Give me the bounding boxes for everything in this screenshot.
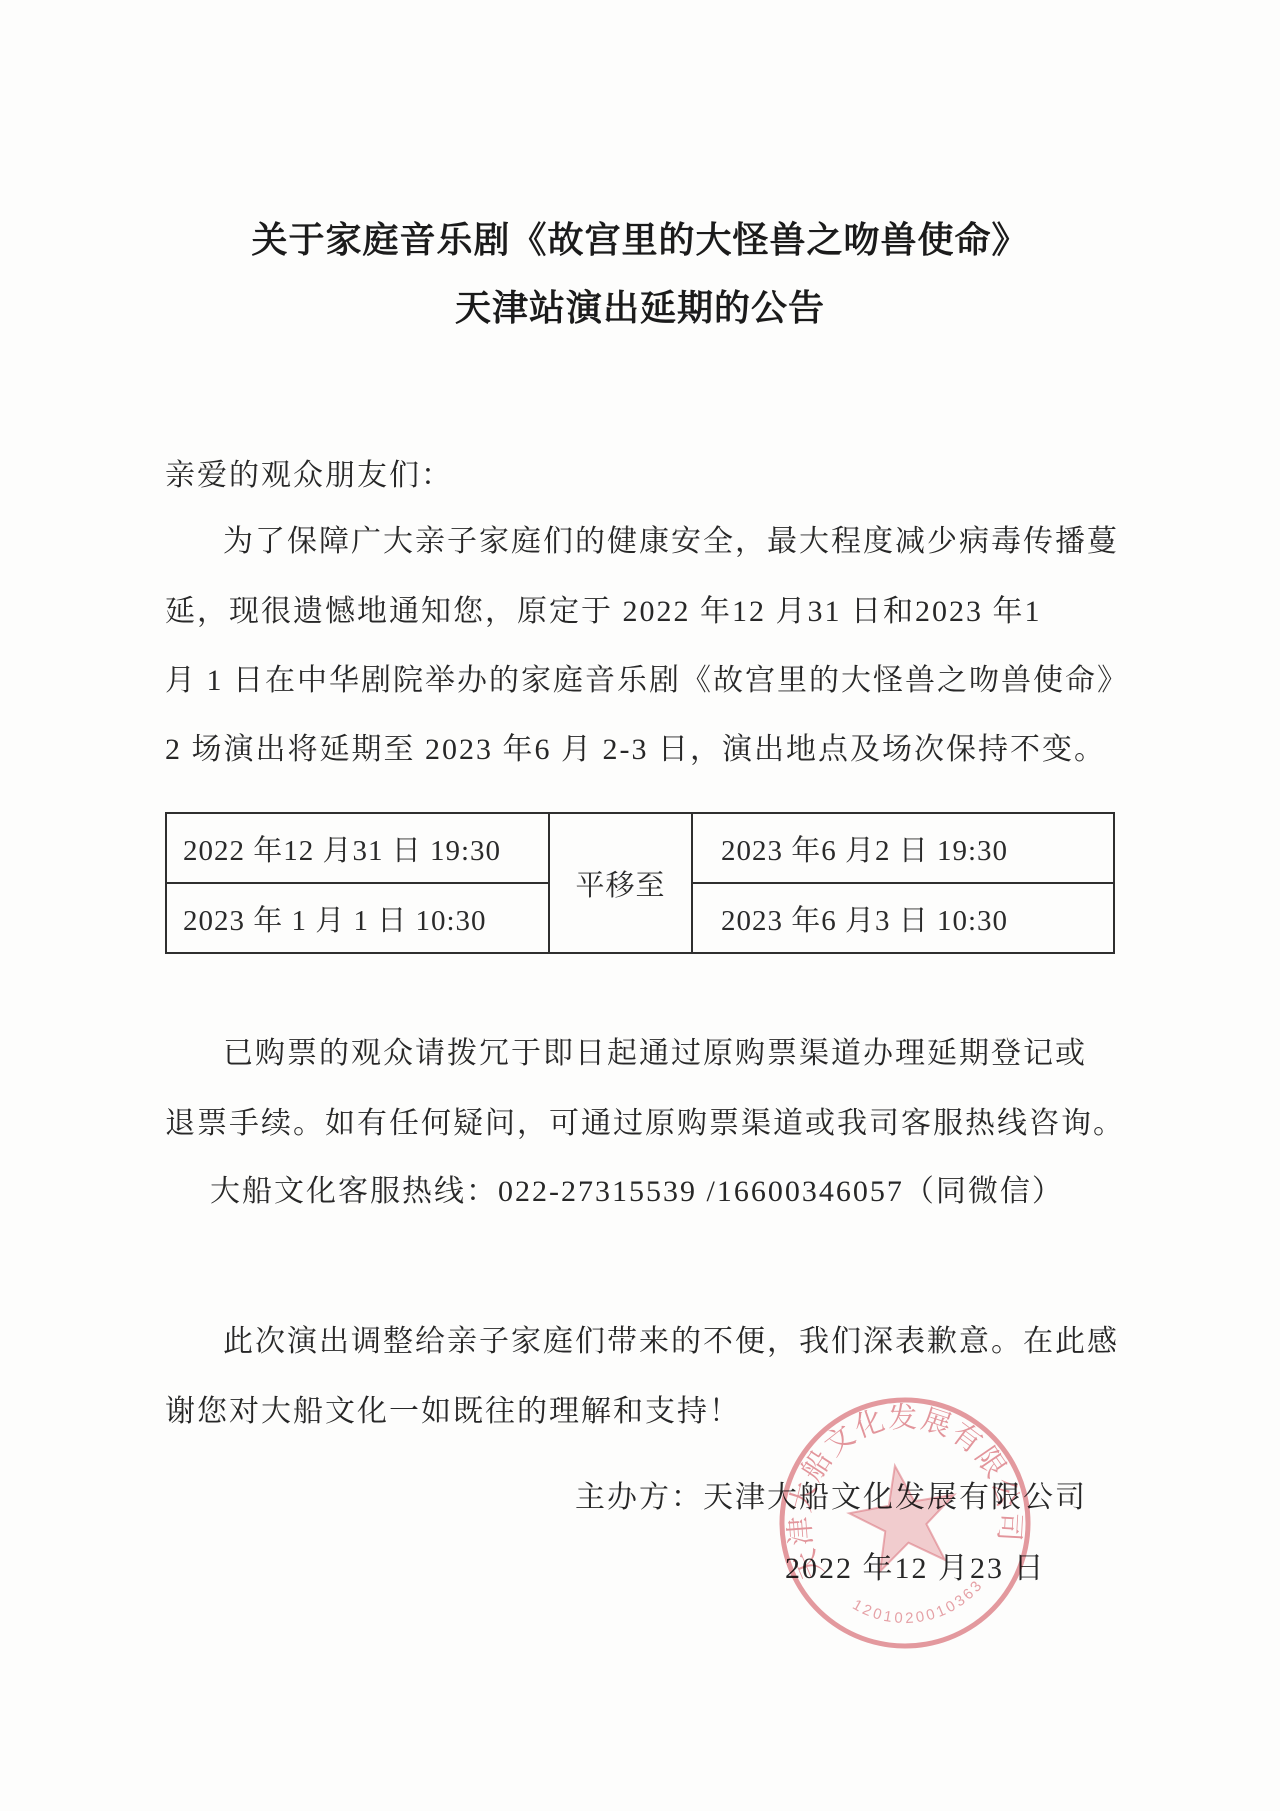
old-date-cell-1: 2022 年12 月31 日 19:30	[166, 813, 549, 883]
transfer-label-cell: 平移至	[549, 813, 692, 953]
announcement-document: 关于家庭音乐剧《故宫里的大怪兽之吻兽使命》 天津站演出延期的公告 亲爱的观众朋友…	[0, 0, 1280, 1811]
paragraph3-line2: 谢您对大船文化一如既往的理解和支持！	[165, 1386, 741, 1430]
hotline-text: 大船文化客服热线：022-27315539 /16600346057（同微信）	[210, 1166, 1064, 1210]
company-seal-stamp: 天津大船文化发展有限公司 1201020010363	[751, 1369, 1059, 1677]
old-date-cell-2: 2023 年 1 月 1 日 10:30	[166, 883, 549, 953]
paragraph1-line3: 月 1 日在中华剧院举办的家庭音乐剧《故宫里的大怪兽之吻兽使命》	[165, 655, 1129, 699]
paragraph1-line4: 2 场演出将延期至 2023 年6 月 2-3 日，演出地点及场次保持不变。	[165, 724, 1106, 768]
paragraph1-line2: 延，现很遗憾地通知您，原定于 2022 年12 月31 日和2023 年1	[165, 586, 1042, 630]
paragraph1-line1: 为了保障广大亲子家庭们的健康安全，最大程度减少病毒传播蔓	[223, 516, 1119, 560]
notice-title-line-2: 天津站演出延期的公告	[0, 280, 1280, 331]
seal-star-icon	[842, 1457, 965, 1575]
paragraph2-line2: 退票手续。如有任何疑问，可通过原购票渠道或我司客服热线咨询。	[165, 1098, 1125, 1142]
paragraph2-line1: 已购票的观众请拨冗于即日起通过原购票渠道办理延期登记或	[223, 1028, 1087, 1072]
salutation-line: 亲爱的观众朋友们：	[165, 450, 453, 494]
notice-title-line-1: 关于家庭音乐剧《故宫里的大怪兽之吻兽使命》	[0, 212, 1280, 263]
paragraph3-line1: 此次演出调整给亲子家庭们带来的不便，我们深表歉意。在此感	[223, 1316, 1119, 1360]
schedule-row-1: 2022 年12 月31 日 19:30 平移至 2023 年6 月2 日 19…	[166, 813, 1114, 883]
new-date-cell-1: 2023 年6 月2 日 19:30	[692, 813, 1114, 883]
schedule-table: 2022 年12 月31 日 19:30 平移至 2023 年6 月2 日 19…	[165, 812, 1115, 954]
new-date-cell-2: 2023 年6 月3 日 10:30	[692, 883, 1114, 953]
